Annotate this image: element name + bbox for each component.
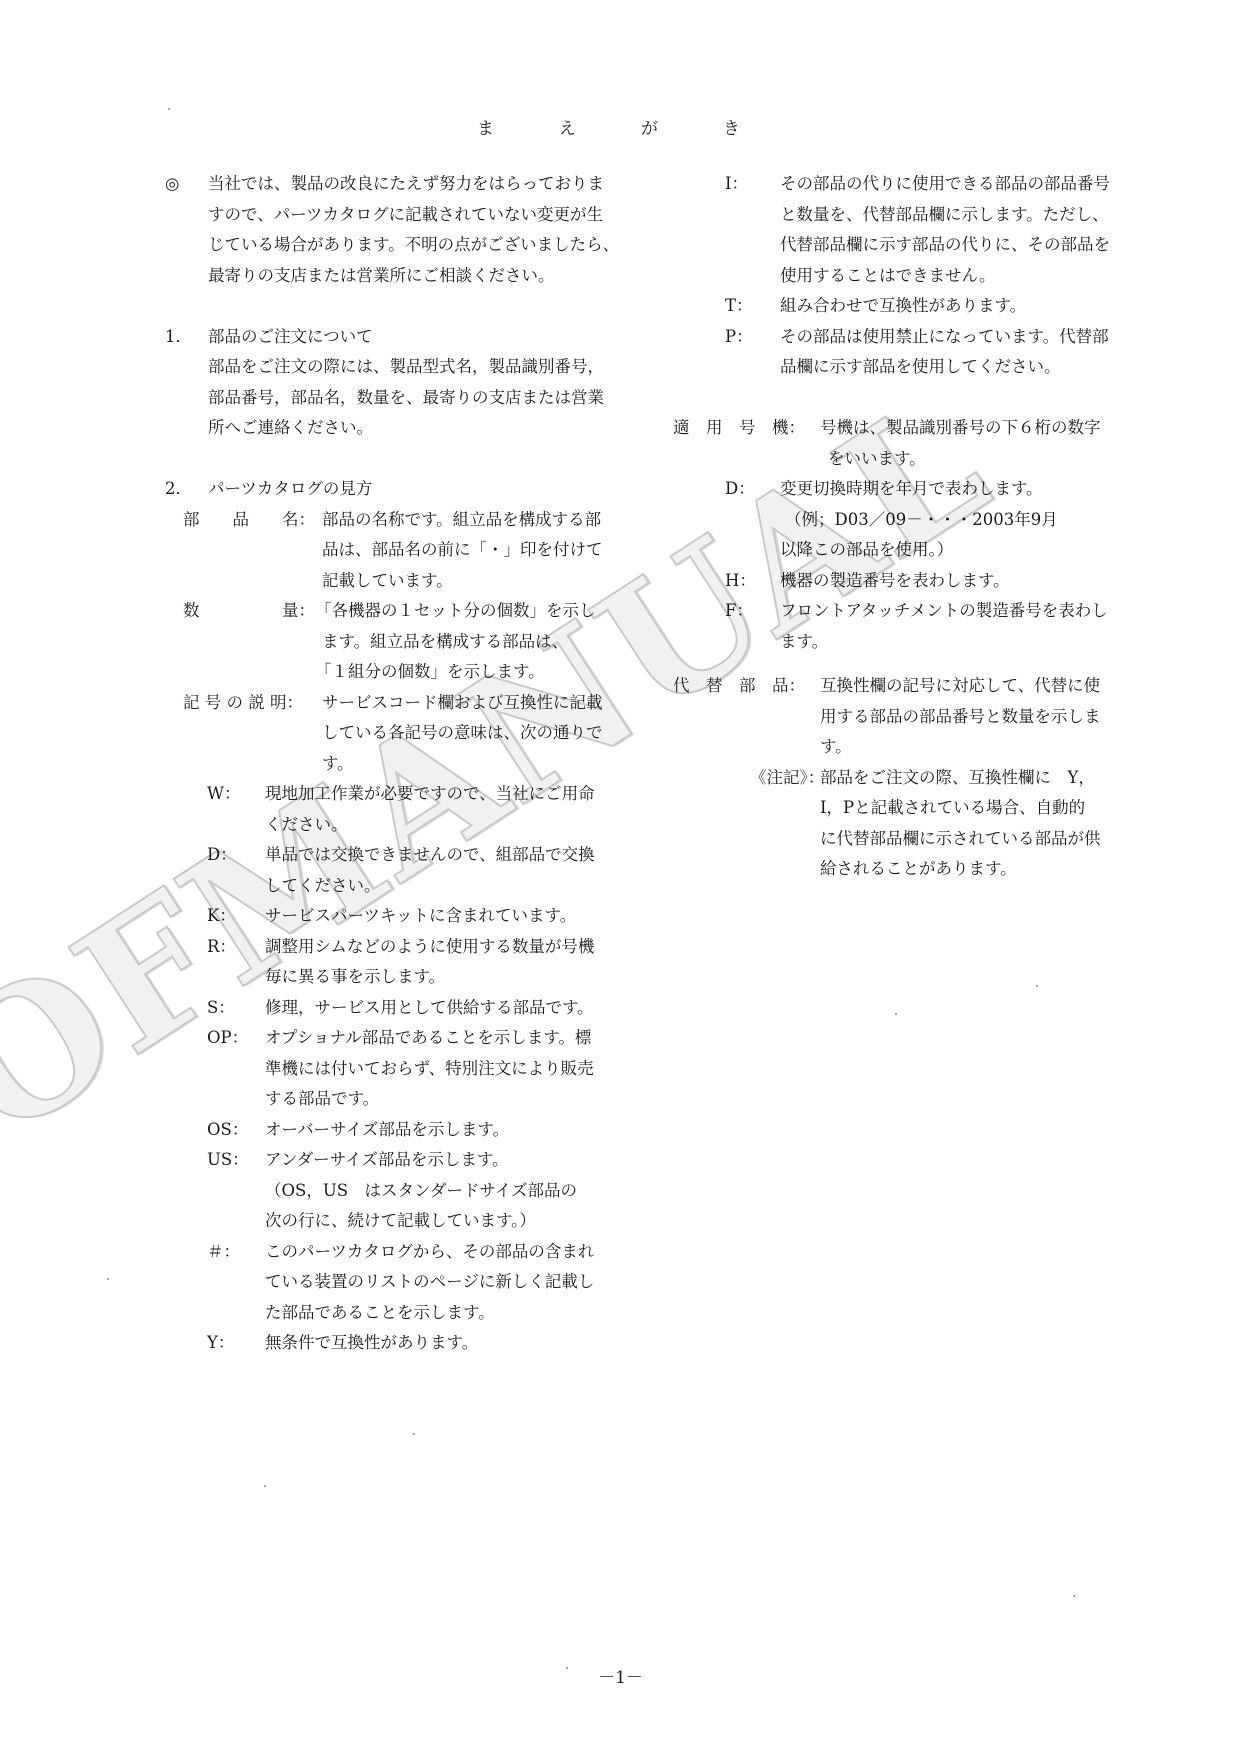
code-item-f: F：フロントアタッチメントの製造番号を表わし ます。 bbox=[685, 596, 1155, 657]
scan-speck bbox=[566, 1667, 568, 1669]
code-label: OP： bbox=[207, 1023, 248, 1054]
code-label: F： bbox=[725, 596, 753, 627]
scan-speck bbox=[895, 1013, 897, 1015]
section-ordering: 1．部品のご注文について 部品をご注文の際には、製品型式名，製品識別番号， 部品… bbox=[165, 322, 625, 444]
term-label: 記 号 の 説 明： bbox=[183, 688, 303, 719]
code-label: ＃： bbox=[207, 1237, 240, 1268]
code-item-s: S：修理，サービス用として供給する部品です。 bbox=[165, 993, 625, 1024]
code-item-d-date: D：変更切換時期を年月で表わします。 （例；D03／09－・・・2003年9月 … bbox=[685, 474, 1155, 566]
code-item-k: K：サービスパーツキットに含まれています。 bbox=[165, 901, 625, 932]
term-quantity: 数 量：「各機器の１セット分の個数」を示し ます。組立品を構成する部品は、 「１… bbox=[165, 596, 625, 688]
double-circle-icon: ◎ bbox=[165, 169, 179, 200]
section-number: 2． bbox=[165, 474, 192, 505]
code-label: W： bbox=[207, 779, 240, 810]
document-page: OFMANUAL ま え が き ◎当社では、製品の改良にたえず努力をはらってお… bbox=[0, 0, 1241, 1754]
term-substitute-part: 代 替 部 品：互換性欄の記号に対応して、代替に使 用する部品の部品番号と数量を… bbox=[685, 671, 1155, 763]
scan-speck bbox=[168, 108, 170, 110]
section-number: 1． bbox=[165, 322, 192, 353]
code-label: D： bbox=[725, 474, 755, 505]
scan-speck bbox=[264, 1485, 266, 1487]
scan-speck bbox=[1036, 985, 1038, 987]
code-item-p: P：その部品は使用禁止になっています。代替部 品欄に示す部品を使用してください。 bbox=[685, 322, 1155, 383]
code-label: I： bbox=[725, 169, 748, 200]
term-label: 数 量： bbox=[183, 596, 315, 627]
code-item-i: I：その部品の代りに使用できる部品の部品番号 と数量を、代替部品欄に示します。た… bbox=[685, 169, 1155, 291]
term-label: 適 用 号 機： bbox=[673, 413, 805, 444]
section-how-to-read: 2．パーツカタログの見方 部 品 名：部品の名称です。組立品を構成する部 品は、… bbox=[165, 474, 625, 1359]
code-label: S： bbox=[207, 993, 235, 1024]
scan-speck bbox=[107, 1278, 109, 1280]
code-item-hash: ＃：このパーツカタログから、その部品の含まれ ている装置のリストのページに新しく… bbox=[165, 1237, 625, 1329]
code-label: R： bbox=[207, 932, 236, 963]
intro-notice: ◎当社では、製品の改良にたえず努力をはらっておりま すので、パーツカタログに記載… bbox=[165, 169, 625, 291]
code-label: T： bbox=[725, 291, 753, 322]
section-heading: パーツカタログの見方 bbox=[208, 474, 372, 505]
page-title: ま え が き bbox=[0, 114, 1241, 139]
code-item-os: OS：オーバーサイズ部品を示します。 bbox=[165, 1115, 625, 1146]
term-symbols: 記 号 の 説 明：サービスコード欄および互換性に記載 している各記号の意味は、… bbox=[165, 688, 625, 780]
term-part-name: 部 品 名：部品の名称です。組立品を構成する部 品は、部品名の前に「・」印を付け… bbox=[165, 505, 625, 597]
code-item-r: R：調整用シムなどのように使用する数量が号機 毎に異る事を示します。 bbox=[165, 932, 625, 993]
code-label: Y： bbox=[207, 1328, 234, 1359]
note: 《注記》：部品をご注文の際、互換性欄に Y， I，Pと記載されている場合、自動的… bbox=[685, 763, 1155, 885]
term-applicable-serial: 適 用 号 機：号機は、製品識別番号の下６桁の数字 をいいます。 bbox=[685, 413, 1155, 474]
code-label: P： bbox=[725, 322, 753, 353]
code-item-t: T：組み合わせで互換性があります。 bbox=[685, 291, 1155, 322]
code-item-w: W：現地加工作業が必要ですので、当社にご用命 ください。 bbox=[165, 779, 625, 840]
note-label: 《注記》： bbox=[750, 763, 824, 794]
right-column: I：その部品の代りに使用できる部品の部品番号 と数量を、代替部品欄に示します。た… bbox=[685, 169, 1155, 885]
scan-speck bbox=[1073, 1595, 1075, 1597]
page-number: －1－ bbox=[0, 1663, 1241, 1688]
code-label: D： bbox=[207, 840, 237, 871]
scan-speck bbox=[413, 1433, 415, 1435]
code-list: W：現地加工作業が必要ですので、当社にご用命 ください。 D：単品では交換できま… bbox=[165, 779, 625, 1359]
code-label: K： bbox=[207, 901, 236, 932]
term-label: 代 替 部 品： bbox=[673, 671, 805, 702]
code-item-h: H：機器の製造番号を表わします。 bbox=[685, 566, 1155, 597]
term-label: 部 品 名： bbox=[183, 505, 315, 536]
section-heading: 部品のご注文について bbox=[208, 322, 373, 353]
code-label: H： bbox=[725, 566, 756, 597]
code-item-d: D：単品では交換できませんので、組部品で交換 してください。 bbox=[165, 840, 625, 901]
code-item-us: US：アンダーサイズ部品を示します。 （OS，US はスタンダードサイズ部品の … bbox=[165, 1145, 625, 1237]
left-column: ◎当社では、製品の改良にたえず努力をはらっておりま すので、パーツカタログに記載… bbox=[165, 169, 625, 1359]
code-label: OS： bbox=[207, 1115, 248, 1146]
code-item-op: OP：オプショナル部品であることを示します。標 準機には付いておらず、特別注文に… bbox=[165, 1023, 625, 1115]
code-item-y: Y：無条件で互換性があります。 bbox=[165, 1328, 625, 1359]
code-label: US： bbox=[207, 1145, 249, 1176]
